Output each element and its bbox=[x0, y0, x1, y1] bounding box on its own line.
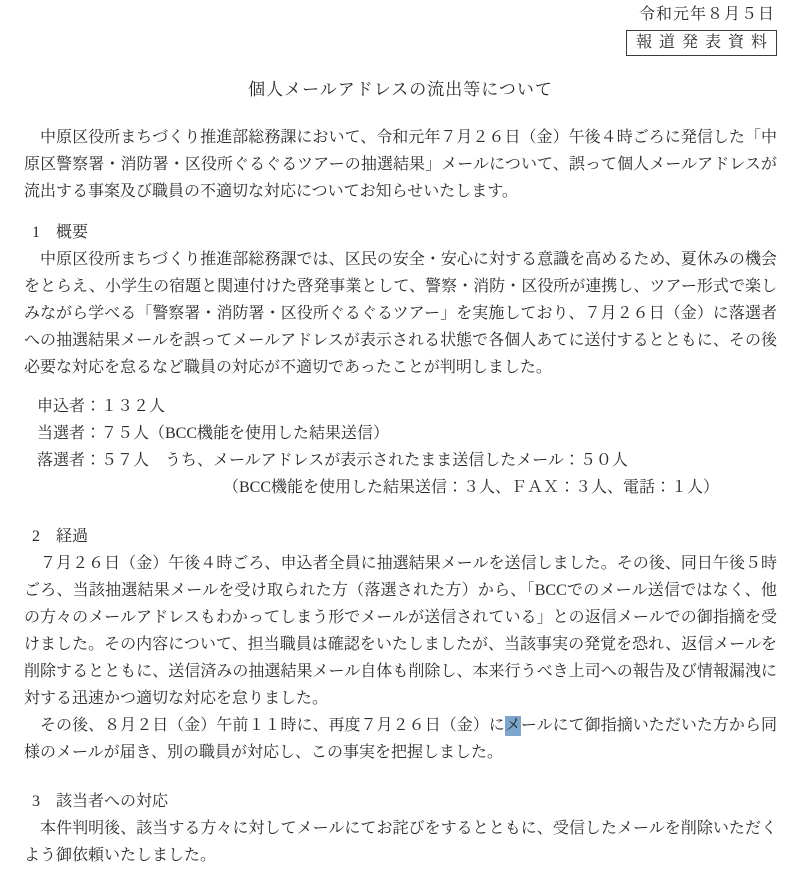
press-release-stamp: 報道発表資料 bbox=[626, 30, 777, 56]
selection-highlight: メ bbox=[505, 716, 521, 736]
stat-winners: 当選者：７５人（BCC機能を使用した結果送信） bbox=[37, 420, 777, 447]
stat-losers: 落選者：５７人 うち、メールアドレスが表示されたまま送信したメール：５０人 bbox=[37, 447, 777, 474]
stat-applicants: 申込者：１３２人 bbox=[37, 393, 777, 420]
section1-body: 中原区役所まちづくり推進部総務課では、区民の安全・安心に対する意識を高めるため、… bbox=[24, 246, 777, 381]
section2-paragraph1: ７月２６日（金）午後４時ごろ、申込者全員に抽選結果メールを送信しました。その後、… bbox=[24, 550, 777, 712]
stat-losers-detail: （BCC機能を使用した結果送信：３人、ＦＡＸ：３人、電話：１人） bbox=[37, 474, 777, 501]
statistics-block: 申込者：１３２人 当選者：７５人（BCC機能を使用した結果送信） 落選者：５７人… bbox=[24, 393, 777, 501]
section2-paragraph2: その後、８月２日（金）午前１１時に、再度７月２６日（金）にメールにて御指摘いただ… bbox=[24, 712, 777, 766]
section3-heading: 3 該当者への対応 bbox=[24, 788, 777, 815]
intro-paragraph: 中原区役所まちづくり推進部総務課において、令和元年７月２６日（金）午後４時ごろに… bbox=[24, 124, 777, 205]
section3-body: 本件判明後、該当する方々に対してメールにてお詫びをするとともに、受信したメールを… bbox=[24, 815, 777, 869]
paragraph-text-before-highlight: その後、８月２日（金）午前１１時に、再度７月２６日（金）に bbox=[24, 717, 505, 734]
issue-date: 令和元年８月５日 bbox=[24, 6, 777, 24]
stamp-row: 報道発表資料 bbox=[24, 30, 777, 56]
document-page: 令和元年８月５日 報道発表資料 個人メールアドレスの流出等について 中原区役所ま… bbox=[0, 0, 800, 869]
section1-heading: 1 概要 bbox=[24, 219, 777, 246]
document-title: 個人メールアドレスの流出等について bbox=[24, 80, 777, 100]
section2-heading: 2 経過 bbox=[24, 523, 777, 550]
